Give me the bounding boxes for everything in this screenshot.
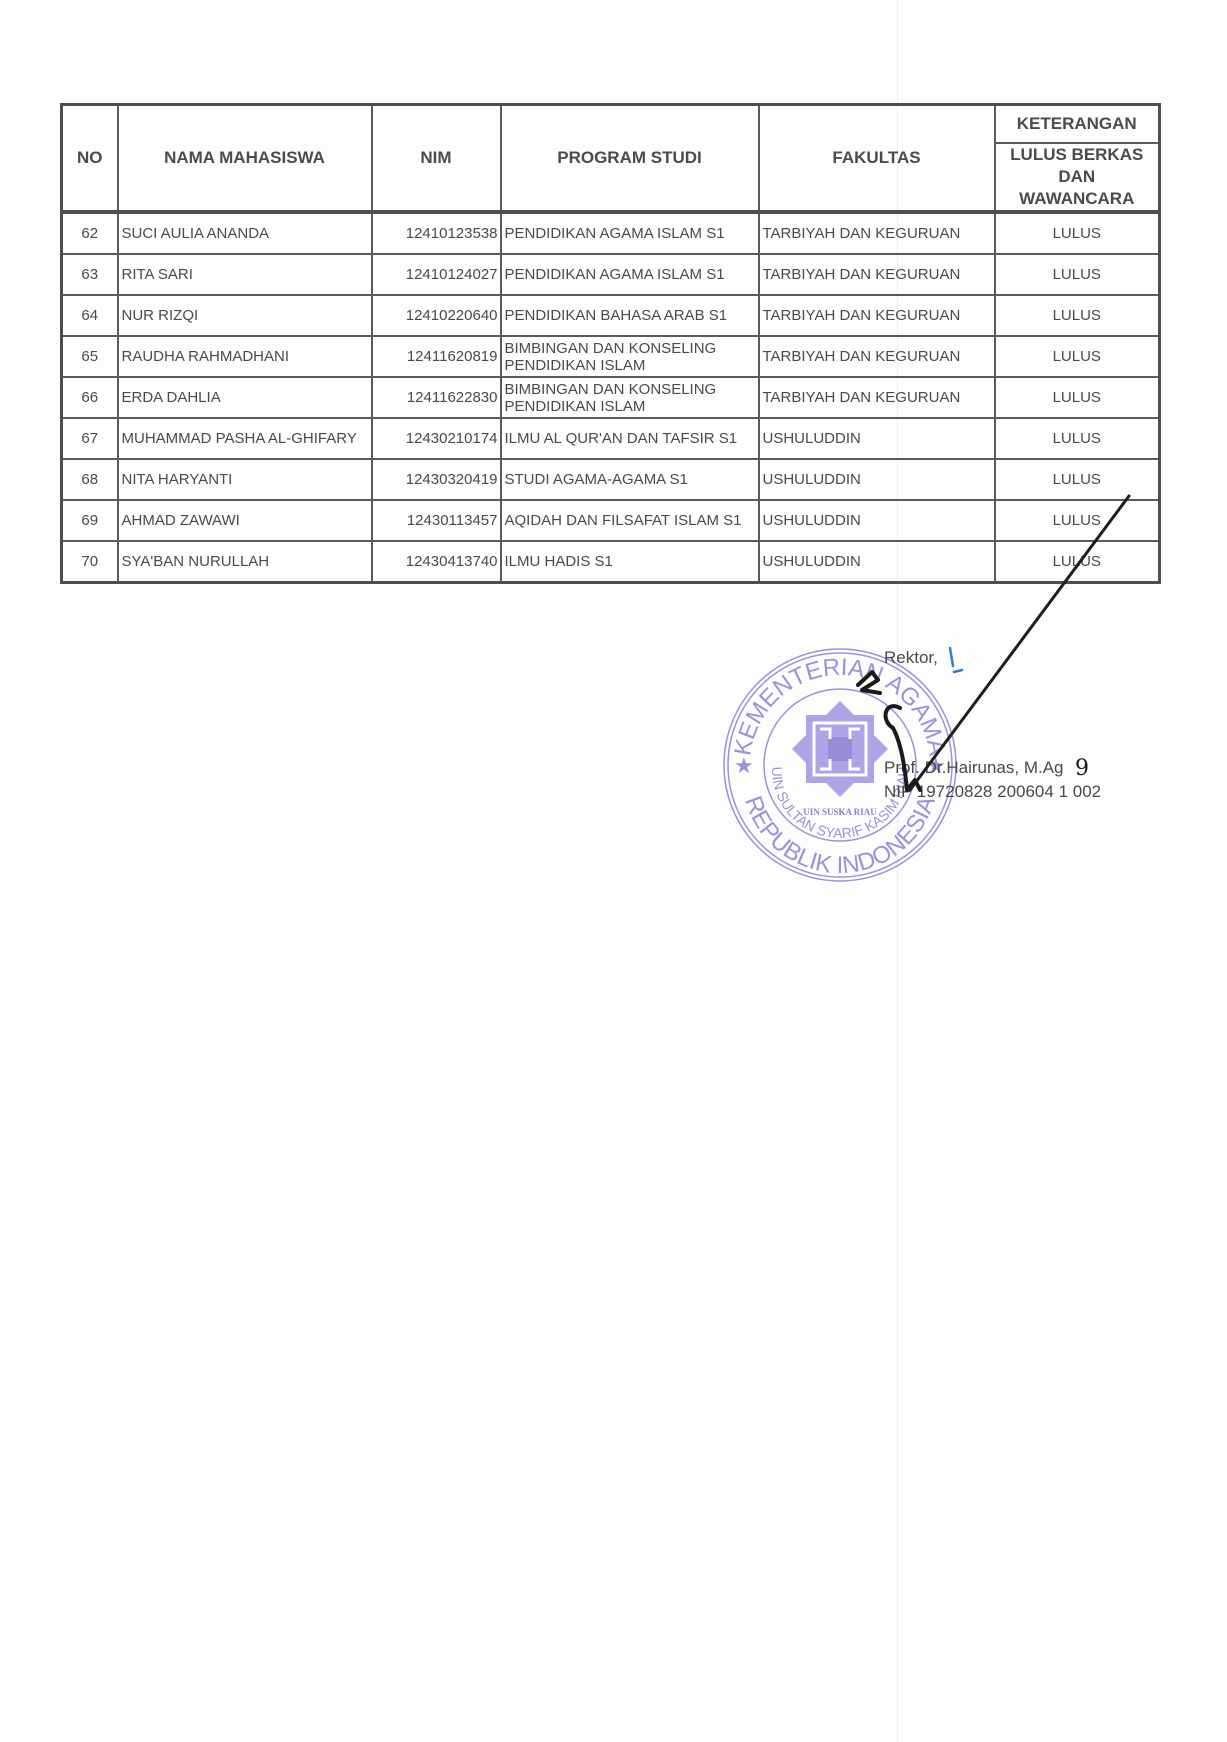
row-keterangan: LULUS: [995, 212, 1160, 254]
row-fakultas: USHULUDDIN: [759, 541, 995, 583]
row-nim: 12430113457: [372, 500, 501, 541]
header-keterangan: KETERANGAN: [995, 105, 1160, 144]
row-keterangan: LULUS: [995, 418, 1160, 459]
table-row: 70SYA'BAN NURULLAH12430413740ILMU HADIS …: [62, 541, 1160, 583]
row-nim: 12410220640: [372, 295, 501, 336]
row-nama: MUHAMMAD PASHA AL-GHIFARY: [118, 418, 372, 459]
signatory-name: Prof. Dr.Hairunas, M.Ag: [884, 758, 1064, 778]
row-no: 69: [62, 500, 118, 541]
row-nim: 12410123538: [372, 212, 501, 254]
row-fakultas: USHULUDDIN: [759, 418, 995, 459]
stamp-logo-caption: UIN SUSKA RIAU: [803, 807, 877, 817]
row-no: 70: [62, 541, 118, 583]
row-nama: NITA HARYANTI: [118, 459, 372, 500]
row-no: 62: [62, 212, 118, 254]
row-keterangan: LULUS: [995, 254, 1160, 295]
row-fakultas: TARBIYAH DAN KEGURUAN: [759, 377, 995, 418]
row-fakultas: USHULUDDIN: [759, 500, 995, 541]
row-no: 64: [62, 295, 118, 336]
row-keterangan: LULUS: [995, 377, 1160, 418]
row-no: 65: [62, 336, 118, 377]
header-prodi: PROGRAM STUDI: [501, 105, 759, 213]
row-no: 67: [62, 418, 118, 459]
table-row: 67MUHAMMAD PASHA AL-GHIFARY12430210174IL…: [62, 418, 1160, 459]
row-nim: 12410124027: [372, 254, 501, 295]
row-keterangan: LULUS: [995, 336, 1160, 377]
row-nim: 12430413740: [372, 541, 501, 583]
table-row: 63RITA SARI12410124027PENDIDIKAN AGAMA I…: [62, 254, 1160, 295]
row-keterangan: LULUS: [995, 500, 1160, 541]
header-fakultas: FAKULTAS: [759, 105, 995, 213]
row-prodi: PENDIDIKAN AGAMA ISLAM S1: [501, 212, 759, 254]
row-fakultas: TARBIYAH DAN KEGURUAN: [759, 336, 995, 377]
row-prodi: BIMBINGAN DAN KONSELING PENDIDIKAN ISLAM: [501, 377, 759, 418]
row-nim: 12430320419: [372, 459, 501, 500]
header-no: NO: [62, 105, 118, 213]
row-nim: 12430210174: [372, 418, 501, 459]
row-nama: SUCI AULIA ANANDA: [118, 212, 372, 254]
row-nama: NUR RIZQI: [118, 295, 372, 336]
row-fakultas: USHULUDDIN: [759, 459, 995, 500]
row-prodi: BIMBINGAN DAN KONSELING PENDIDIKAN ISLAM: [501, 336, 759, 377]
row-fakultas: TARBIYAH DAN KEGURUAN: [759, 212, 995, 254]
header-nim: NIM: [372, 105, 501, 213]
university-logo-icon: [792, 701, 888, 797]
row-nama: AHMAD ZAWAWI: [118, 500, 372, 541]
row-nim: 12411622830: [372, 377, 501, 418]
row-keterangan: LULUS: [995, 459, 1160, 500]
table-row: 65RAUDHA RAHMADHANI12411620819BIMBINGAN …: [62, 336, 1160, 377]
row-keterangan: LULUS: [995, 541, 1160, 583]
table-row: 66ERDA DAHLIA12411622830BIMBINGAN DAN KO…: [62, 377, 1160, 418]
row-prodi: ILMU HADIS S1: [501, 541, 759, 583]
handwritten-number: 9: [1075, 756, 1089, 781]
row-fakultas: TARBIYAH DAN KEGURUAN: [759, 254, 995, 295]
student-results-table: NO NAMA MAHASISWA NIM PROGRAM STUDI FAKU…: [60, 103, 1161, 584]
table-row: 69AHMAD ZAWAWI12430113457AQIDAH DAN FILS…: [62, 500, 1160, 541]
row-nama: ERDA DAHLIA: [118, 377, 372, 418]
row-keterangan: LULUS: [995, 295, 1160, 336]
row-nama: SYA'BAN NURULLAH: [118, 541, 372, 583]
header-keterangan-sub: LULUS BERKAS DAN WAWANCARA: [995, 143, 1160, 212]
signatory-title: Rektor,: [884, 648, 938, 668]
row-no: 66: [62, 377, 118, 418]
row-prodi: PENDIDIKAN BAHASA ARAB S1: [501, 295, 759, 336]
table-row: 62SUCI AULIA ANANDA12410123538PENDIDIKAN…: [62, 212, 1160, 254]
row-prodi: ILMU AL QUR'AN DAN TAFSIR S1: [501, 418, 759, 459]
signatory-nip: NIP 19720828 200604 1 002: [884, 782, 1101, 802]
row-nama: RITA SARI: [118, 254, 372, 295]
row-prodi: AQIDAH DAN FILSAFAT ISLAM S1: [501, 500, 759, 541]
row-prodi: STUDI AGAMA-AGAMA S1: [501, 459, 759, 500]
star-icon-left: ★: [734, 753, 754, 778]
row-nim: 12411620819: [372, 336, 501, 377]
table-row: 64NUR RIZQI12410220640PENDIDIKAN BAHASA …: [62, 295, 1160, 336]
table-row: 68NITA HARYANTI12430320419STUDI AGAMA-AG…: [62, 459, 1160, 500]
header-nama: NAMA MAHASISWA: [118, 105, 372, 213]
row-no: 68: [62, 459, 118, 500]
row-nama: RAUDHA RAHMADHANI: [118, 336, 372, 377]
row-no: 63: [62, 254, 118, 295]
row-prodi: PENDIDIKAN AGAMA ISLAM S1: [501, 254, 759, 295]
row-fakultas: TARBIYAH DAN KEGURUAN: [759, 295, 995, 336]
